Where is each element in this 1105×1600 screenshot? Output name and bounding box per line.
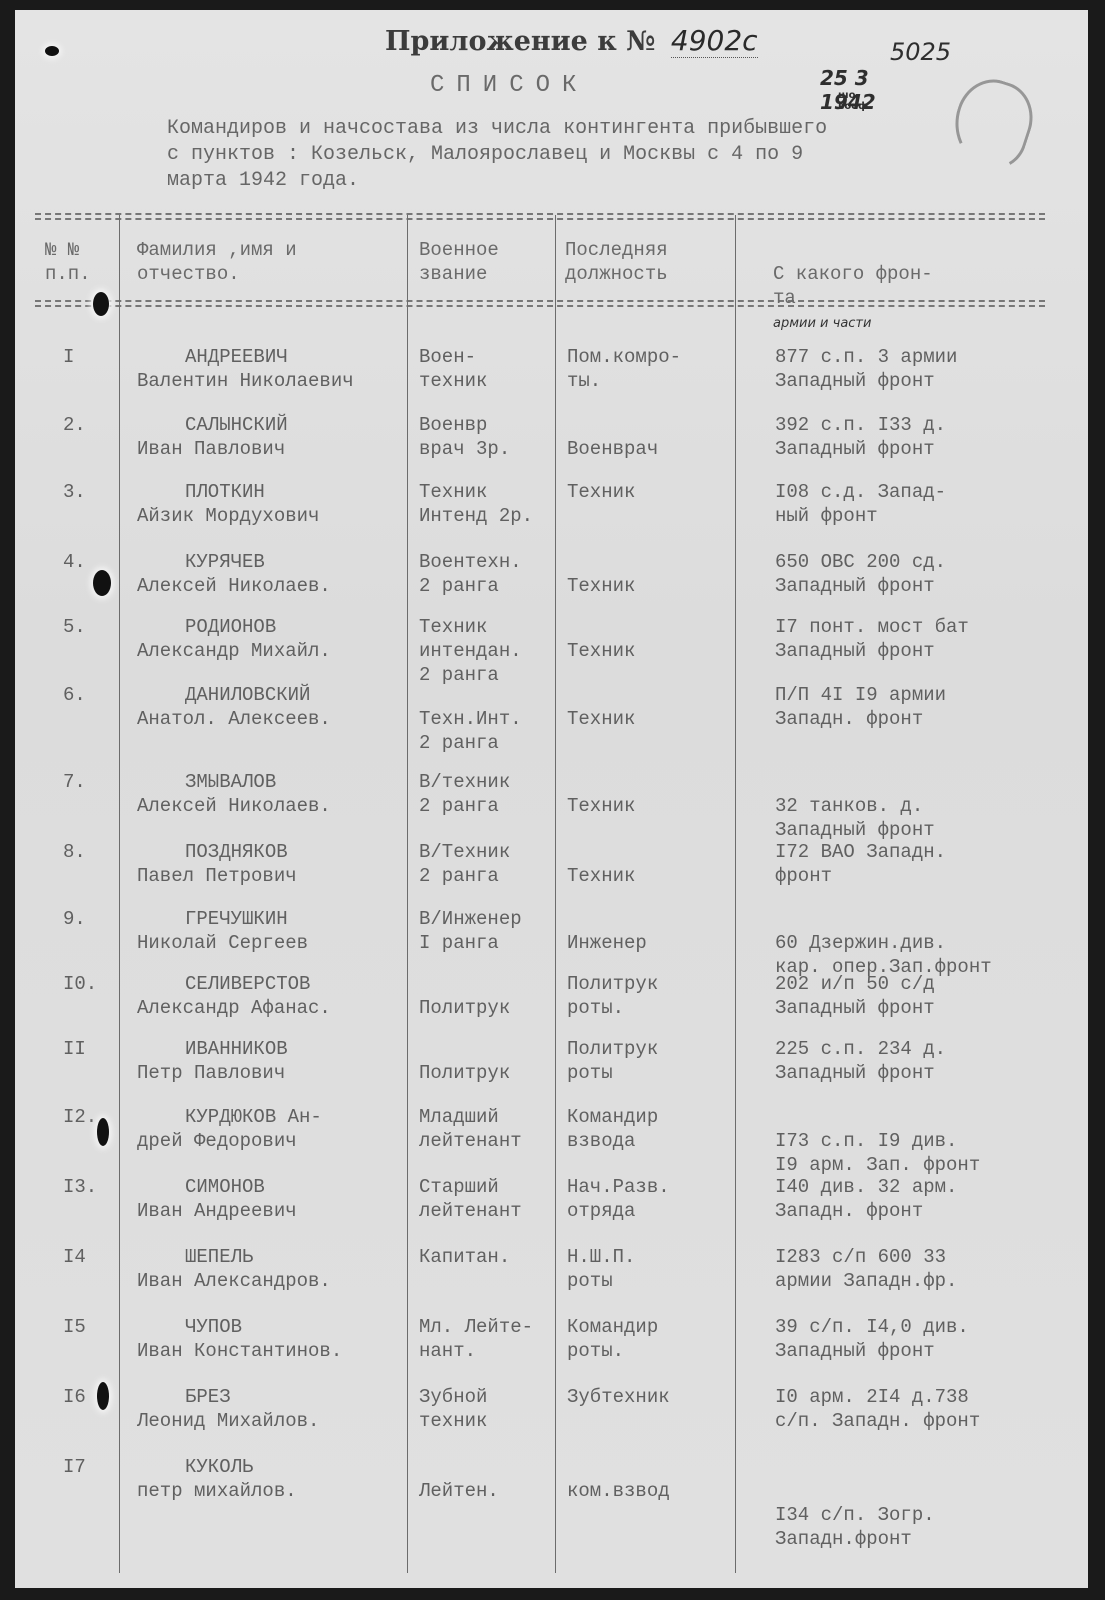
column-header-name: Фамилия ,имя и отчество. [137,238,297,286]
military-rank: Мл. Лейте- нант. [419,1315,533,1363]
surname: ПОЗДНЯКОВ [185,840,288,864]
last-position: Техник [567,840,635,888]
stamp-registration-number: 5025 [890,38,951,66]
surname: ГРЕЧУШКИН [185,907,288,931]
front-unit: 60 Дзержин.див. кар. опер.Зап.фронт [775,907,992,979]
given-names: Алексей Николаев. [137,574,331,598]
row-number: 8. [63,840,86,864]
document-title: СПИСОК [430,72,588,99]
last-position: Командир взвода [567,1105,658,1153]
row-number: I0. [63,972,97,996]
front-unit: 650 ОВС 200 сд. Западный фронт [775,550,946,598]
punch-hole [97,1382,109,1410]
military-rank: Воентехн. 2 ранга [419,550,522,598]
last-position: Политрук роты [567,1037,658,1085]
punch-hole [93,292,109,316]
column-divider [555,215,556,1573]
military-rank: Капитан. [419,1245,510,1269]
column-divider [407,215,408,1573]
given-names: Иван Андреевич [137,1199,297,1223]
surname: ИВАННИКОВ [185,1037,288,1061]
row-number: 4. [63,550,86,574]
column-header-rank: Военное звание [419,238,499,286]
row-number: II [63,1037,86,1061]
given-names: Иван Павлович [137,437,285,461]
last-position: Техник [567,683,635,731]
given-names: Александр Афанас. [137,996,331,1020]
punch-hole [45,46,59,56]
military-rank: Военвр врач 3р. [419,413,510,461]
row-number: I5 [63,1315,86,1339]
column-header-position: Последняя должность [565,238,668,286]
given-names: Леонид Михайлов. [137,1409,319,1433]
front-unit: I0 арм. 2I4 д.738 с/п. Западн. фронт [775,1385,980,1433]
military-rank: Техник Интенд 2р. [419,480,533,528]
given-names: дрей Федорович [137,1129,297,1153]
given-names: петр михайлов. [137,1479,297,1503]
military-rank: Техник интендан. 2 ранга [419,615,522,687]
row-number: 5. [63,615,86,639]
front-unit: 202 и/п 50 с/д Западный фронт [775,972,935,1020]
row-number: 3. [63,480,86,504]
punch-hole [97,1118,109,1146]
surname: ЗМЫВАЛОВ [185,770,276,794]
surname: САЛЫНСКИЙ [185,413,288,437]
last-position: Пом.комро- ты. [567,345,681,393]
front-unit: I7 понт. мост бат Западный фронт [775,615,969,663]
given-names: Валентин Николаевич [137,369,354,393]
last-position: Политрук роты. [567,972,658,1020]
appendix-number: 4902с [671,24,758,58]
given-names: Иван Александров. [137,1269,331,1293]
last-position: ком.взвод [567,1455,670,1503]
last-position: Техник [567,770,635,818]
military-rank: Воен- техник [419,345,487,393]
surname: КУРДЮКОВ Ан- [185,1105,322,1129]
military-rank: В/Инженер I ранга [419,907,522,955]
punch-hole [93,570,111,596]
front-unit: 877 с.п. 3 армии Западный фронт [775,345,957,393]
surname: БРЕЗ [185,1385,231,1409]
row-number: 7. [63,770,86,794]
given-names: Анатол. Алексеев. [137,707,331,731]
last-position: Н.Ш.П. роты [567,1245,635,1293]
front-unit: 32 танков. д. Западный фронт [775,770,935,842]
last-position: Инженер [567,907,647,955]
given-names: Иван Константинов. [137,1339,342,1363]
given-names: Николай Сергеев [137,931,308,955]
military-rank: Политрук [419,972,510,1020]
last-position: Техник [567,550,635,598]
last-position: Нач.Разв. отряда [567,1175,670,1223]
document-subtitle: Командиров и начсостава из числа континг… [167,116,1027,194]
column-divider [735,215,736,1573]
surname: АНДРЕЕВИЧ [185,345,288,369]
given-names: Петр Павлович [137,1061,285,1085]
front-unit: I34 с/п. Зогр. Западн.фронт [775,1455,935,1551]
surname: КУРЯЧЕВ [185,550,265,574]
given-names: Павел Петрович [137,864,297,888]
front-unit: 225 с.п. 234 д. Западный фронт [775,1037,946,1085]
military-rank: В/Техник 2 ранга [419,840,510,888]
row-number: I2. [63,1105,97,1129]
row-number: I7 [63,1455,86,1479]
row-number: 6. [63,683,86,707]
document-page: Приложение к № 4902с СПИСОК 5025 25 3 19… [15,10,1088,1588]
last-position: Техник [567,480,635,504]
surname: РОДИОНОВ [185,615,276,639]
surname: ШЕПЕЛЬ [185,1245,253,1269]
front-unit: I40 див. 32 арм. Западн. фронт [775,1175,957,1223]
military-rank: В/техник 2 ранга [419,770,510,818]
given-names: Александр Михайл. [137,639,331,663]
surname: ДАНИЛОВСКИЙ [185,683,310,707]
row-number: 9. [63,907,86,931]
column-header-front-handwritten: армии и части [773,316,871,331]
surname: КУКОЛЬ [185,1455,253,1479]
front-unit: I08 с.д. Запад- ный фронт [775,480,946,528]
row-number: I3. [63,1175,97,1199]
given-names: Айзик Мордухович [137,504,319,528]
stamp-org: шо вооф [838,90,868,112]
surname: СЕЛИВЕРСТОВ [185,972,310,996]
last-position: Зубтехник [567,1385,670,1409]
military-rank: Лейтен. [419,1455,499,1503]
column-header-front: С какого фрон- та армии и части [773,238,933,336]
military-rank: Зубной техник [419,1385,487,1433]
last-position: Командир роты. [567,1315,658,1363]
military-rank: Старший лейтенант [419,1175,522,1223]
front-unit: 39 с/п. I4,0 див. Западный фронт [775,1315,969,1363]
column-header-number: № № п.п. [45,238,91,286]
front-unit: П/П 4I I9 армии Западн. фронт [775,683,946,731]
column-header-front-label: С какого фрон- та [773,263,933,309]
front-unit: I73 с.п. I9 див. I9 арм. Зап. фронт [775,1105,980,1177]
appendix-label: Приложение к № [385,26,656,57]
military-rank: Техн.Инт. 2 ранга [419,683,522,755]
row-number: I4 [63,1245,86,1269]
military-rank: Политрук [419,1037,510,1085]
column-divider [119,215,120,1573]
row-number: I6 [63,1385,86,1409]
front-unit: I283 с/п 600 33 армии Западн.фр. [775,1245,957,1293]
military-rank: Младший лейтенант [419,1105,522,1153]
surname: СИМОНОВ [185,1175,265,1199]
last-position: Техник [567,615,635,663]
table-top-rule [35,213,1045,215]
surname: ПЛОТКИН [185,480,265,504]
table-top-rule-2 [35,218,1045,220]
surname: ЧУПОВ [185,1315,242,1339]
given-names: Алексей Николаев. [137,794,331,818]
row-number: 2. [63,413,86,437]
front-unit: I72 ВАО Западн. фронт [775,840,946,888]
appendix-heading: Приложение к № 4902с [385,24,758,57]
front-unit: 392 с.п. I33 д. Западный фронт [775,413,946,461]
last-position: Военврач [567,413,658,461]
row-number: I [63,345,74,369]
